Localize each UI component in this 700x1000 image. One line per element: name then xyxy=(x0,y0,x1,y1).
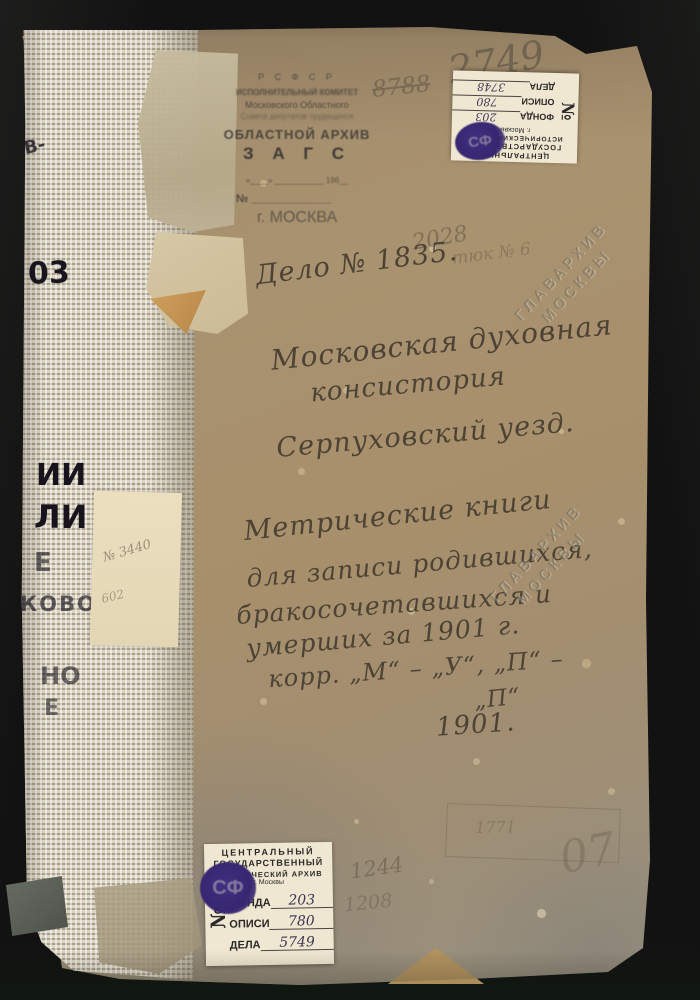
top-label-delo-value: 3748 xyxy=(453,79,530,93)
top-label-opis-label: ОПИСИ xyxy=(521,96,554,107)
paper-speckles xyxy=(0,0,3,3)
bottom-label-delo-label: ДЕЛА xyxy=(230,939,261,952)
top-label-fond-label: ФОНДА xyxy=(520,111,554,122)
spine-letter-0: ИИ xyxy=(36,458,86,493)
top-label-opis-value: 780 xyxy=(452,94,521,108)
zags-dept2: З А Г С xyxy=(208,144,386,164)
hw-year: 1901. xyxy=(435,707,516,742)
spine-letter-4: НО xyxy=(40,662,81,690)
bottom-label-opis-value: 780 xyxy=(269,914,333,930)
zags-city: г. МОСКВА xyxy=(208,209,386,227)
spine-letter-5: Е xyxy=(44,696,59,721)
spine-mark-top: В- xyxy=(22,134,47,159)
spine-letter-2: Е xyxy=(34,548,52,578)
zags-number-line: № _____________ xyxy=(208,193,386,205)
zags-org2: ИСПОЛНИТЕЛЬНЫЙ КОМИТЕТ xyxy=(208,88,386,97)
gray-fabric-tab xyxy=(6,876,68,936)
zags-org1: Р С Ф С Р xyxy=(208,72,386,82)
spine-letter-1: ЛИ xyxy=(34,498,87,536)
top-label-no-symbol: № xyxy=(557,102,577,121)
zags-org4: Совета депутатов трудящихся xyxy=(208,112,386,121)
zags-dept1: ОБЛАСТНОЙ АРХИВ xyxy=(208,127,386,142)
spine-patch-number: № 3440 xyxy=(101,537,153,565)
archive-cover-photo: В- 03 ИИ ЛИ Е КОВО НО Е № 3440 602 Р С Ф… xyxy=(0,0,700,1000)
spine-number-03: 03 xyxy=(27,255,70,291)
spine-patch-number-2: 602 xyxy=(100,587,126,606)
zags-org3: Московского Областного xyxy=(208,100,386,110)
zags-date-line: «____» ___________ 196__ xyxy=(208,176,386,185)
pencil-erased-note: 1771 xyxy=(475,817,516,837)
spine-letter-3: КОВО xyxy=(20,592,97,616)
bottom-label-delo-value: 5749 xyxy=(260,935,333,951)
purple-stamp-bottom: СФ xyxy=(200,862,256,914)
bottom-label-opis-label: ОПИСИ xyxy=(229,918,269,931)
spine-note-patch: № 3440 602 xyxy=(90,491,182,647)
bottom-label-fond-value: 203 xyxy=(270,893,333,909)
zags-ink-stamp: Р С Ф С Р ИСПОЛНИТЕЛЬНЫЙ КОМИТЕТ Московс… xyxy=(208,72,386,227)
top-label-delo-label: ДЕЛА xyxy=(529,81,554,92)
